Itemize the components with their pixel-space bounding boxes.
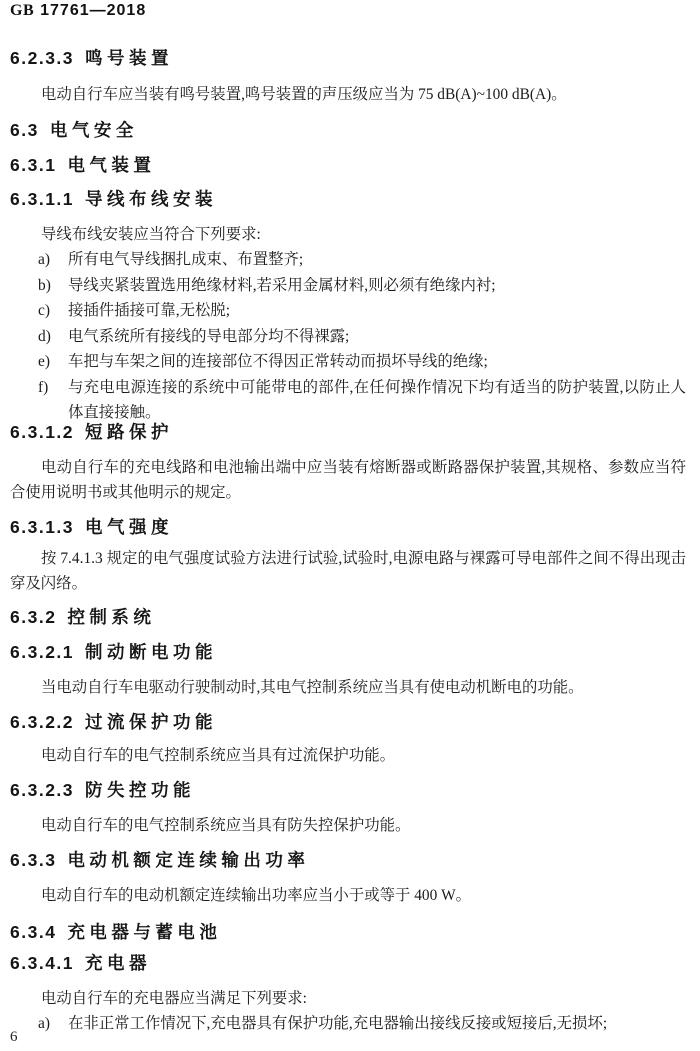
requirement-list: a) 在非正常工作情况下,充电器具有保护功能,充电器输出接线反接或短接后,无损坏… (10, 1011, 686, 1037)
standard-code-number: 17761—2018 (40, 2, 146, 19)
clause-heading: 6.3.2.1制动断电功能 (10, 642, 686, 662)
clause-title: 电动机额定连续输出功率 (67, 850, 309, 870)
clause-number: 6.3.1.2 (10, 422, 74, 442)
clause-title: 充电器 (85, 953, 151, 973)
clause-number: 6.3.1.1 (10, 189, 74, 209)
clause-number: 6.3.1 (10, 155, 56, 175)
clause-paragraph: 按 7.4.1.3 规定的电气强度试验方法进行试验,试验时,电源电路与裸露可导电… (10, 546, 686, 596)
clause-heading: 6.3.4.1充电器 (10, 953, 686, 973)
clause-title: 防失控功能 (85, 780, 195, 800)
clause-number: 6.3.4 (10, 922, 56, 942)
clause-heading: 6.3.1.3电气强度 (10, 517, 686, 537)
clause-heading: 6.3.3电动机额定连续输出功率 (10, 850, 686, 870)
list-item: a) 所有电气导线捆扎成束、布置整齐; (10, 247, 686, 273)
clause-heading: 6.3.2.2过流保护功能 (10, 712, 686, 732)
clause-heading: 6.3.2.3防失控功能 (10, 780, 686, 800)
clause-title: 电气装置 (67, 155, 155, 175)
clause-number: 6.3.2.1 (10, 642, 74, 662)
clause-paragraph: 当电动自行车电驱动行驶制动时,其电气控制系统应当具有使电动机断电的功能。 (10, 675, 686, 700)
item-letter: e) (38, 349, 68, 375)
clause-title: 充电器与蓄电池 (67, 922, 221, 942)
item-letter: f) (38, 375, 68, 426)
clause-number: 6.3.2.2 (10, 712, 74, 732)
item-text: 电气系统所有接线的导电部分均不得裸露; (68, 324, 686, 350)
list-item: a) 在非正常工作情况下,充电器具有保护功能,充电器输出接线反接或短接后,无损坏… (10, 1011, 686, 1037)
clause-title: 电气安全 (50, 120, 138, 140)
item-text: 所有电气导线捆扎成束、布置整齐; (68, 247, 686, 273)
item-letter: b) (38, 273, 68, 299)
list-item: b) 导线夹紧装置选用绝缘材料,若采用金属材料,则必须有绝缘内衬; (10, 273, 686, 299)
requirement-list: a) 所有电气导线捆扎成束、布置整齐; b) 导线夹紧装置选用绝缘材料,若采用金… (10, 247, 686, 426)
clause-heading: 6.2.3.3鸣号装置 (10, 48, 686, 68)
clause-paragraph: 电动自行车的电气控制系统应当具有防失控保护功能。 (10, 813, 686, 838)
clause-title: 导线布线安装 (85, 189, 217, 209)
clause-number: 6.3.4.1 (10, 953, 74, 973)
item-letter: d) (38, 324, 68, 350)
list-item: f) 与充电电源连接的系统中可能带电的部件,在任何操作情况下均有适当的防护装置,… (10, 375, 686, 426)
item-text: 接插件插接可靠,无松脱; (68, 298, 686, 324)
clause-number: 6.3.2.3 (10, 780, 74, 800)
clause-title: 过流保护功能 (85, 712, 217, 732)
list-item: c) 接插件插接可靠,无松脱; (10, 298, 686, 324)
clause-heading: 6.3.1电气装置 (10, 155, 686, 175)
clause-heading: 6.3.1.1导线布线安装 (10, 189, 686, 209)
clause-title: 短路保护 (85, 422, 173, 442)
clause-number: 6.3.3 (10, 850, 56, 870)
clause-heading: 6.3.4充电器与蓄电池 (10, 922, 686, 942)
clause-heading: 6.3.2控制系统 (10, 607, 686, 627)
item-text: 在非正常工作情况下,充电器具有保护功能,充电器输出接线反接或短接后,无损坏; (68, 1011, 686, 1037)
document-page: GB17761—2018 6.2.3.3鸣号装置 电动自行车应当装有鸣号装置,鸣… (0, 0, 700, 1051)
clause-title: 控制系统 (67, 607, 155, 627)
item-text: 导线夹紧装置选用绝缘材料,若采用金属材料,则必须有绝缘内衬; (68, 273, 686, 299)
clause-paragraph: 电动自行车应当装有鸣号装置,鸣号装置的声压级应当为 75 dB(A)~100 d… (10, 82, 686, 107)
clause-heading: 6.3电气安全 (10, 120, 686, 140)
clause-title: 电气强度 (85, 517, 173, 537)
list-item: e) 车把与车架之间的连接部位不得因正常转动而损坏导线的绝缘; (10, 349, 686, 375)
item-text: 与充电电源连接的系统中可能带电的部件,在任何操作情况下均有适当的防护装置,以防止… (68, 375, 686, 426)
clause-number: 6.3.1.3 (10, 517, 74, 537)
standard-code-prefix: GB (10, 2, 34, 19)
clause-number: 6.2.3.3 (10, 48, 74, 68)
clause-number: 6.3 (10, 120, 39, 140)
clause-paragraph: 电动自行车的电动机额定连续输出功率应当小于或等于 400 W。 (10, 883, 686, 908)
clause-paragraph: 导线布线安装应当符合下列要求: (10, 222, 686, 247)
item-letter: a) (38, 1011, 68, 1037)
item-letter: a) (38, 247, 68, 273)
clause-paragraph: 电动自行车的充电线路和电池输出端中应当装有熔断器或断路器保护装置,其规格、参数应… (10, 455, 686, 505)
clause-title: 鸣号装置 (85, 48, 173, 68)
standard-code-header: GB17761—2018 (10, 1, 686, 21)
page-number: 6 (10, 1027, 18, 1047)
clause-number: 6.3.2 (10, 607, 56, 627)
clause-paragraph: 电动自行车的充电器应当满足下列要求: (10, 986, 686, 1011)
clause-title: 制动断电功能 (85, 642, 217, 662)
item-text: 车把与车架之间的连接部位不得因正常转动而损坏导线的绝缘; (68, 349, 686, 375)
clause-paragraph: 电动自行车的电气控制系统应当具有过流保护功能。 (10, 743, 686, 768)
item-letter: c) (38, 298, 68, 324)
list-item: d) 电气系统所有接线的导电部分均不得裸露; (10, 324, 686, 350)
